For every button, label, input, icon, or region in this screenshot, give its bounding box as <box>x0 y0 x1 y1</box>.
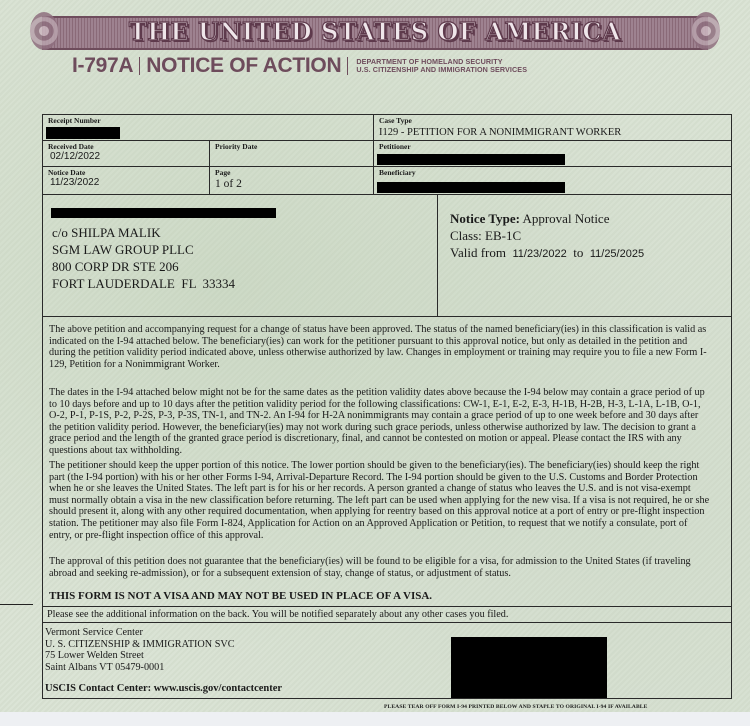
validity-period: Valid from 11/23/2022 to 11/25/2025 <box>450 244 644 263</box>
valid-to-date: 11/25/2025 <box>590 248 644 260</box>
service-center-line-4: Saint Albans VT 05479-0001 <box>45 662 235 674</box>
valid-to-label: to <box>573 245 583 260</box>
banner-title: THE UNITED STATES OF AMERICA <box>30 17 720 46</box>
notice-title: NOTICE OF ACTION <box>146 54 341 78</box>
notice-type-value: Approval Notice <box>522 211 609 226</box>
notice-type-label: Notice Type: <box>450 211 520 226</box>
address-line-3: 800 CORP DR STE 206 <box>52 258 235 275</box>
redacted-barcode <box>451 637 607 698</box>
class: Class: EB-1C <box>450 227 644 244</box>
form-id: I-797A <box>72 54 133 78</box>
petitioner-cell: Petitioner <box>373 140 732 167</box>
redacted-petitioner <box>377 154 565 165</box>
receipt-number-cell: Receipt Number <box>42 114 374 141</box>
address-divider <box>42 316 732 317</box>
valid-from-date: 11/23/2022 <box>512 248 566 260</box>
paragraph-i94-instructions: The petitioner should keep the upper por… <box>49 460 711 541</box>
paragraph-no-guarantee: The approval of this petition does not g… <box>49 556 711 579</box>
notice-date-cell: Notice Date 11/23/2022 <box>42 166 210 195</box>
notice-details: Notice Type: Approval Notice Class: EB-1… <box>450 210 644 263</box>
paragraph-grace-period: The dates in the I-94 attached below mig… <box>49 387 711 457</box>
redacted-receipt-number <box>46 127 120 139</box>
service-center-line-1: Vermont Service Center <box>45 627 235 639</box>
beneficiary-cell: Beneficiary <box>373 166 732 195</box>
case-type-label: Case Type <box>379 116 412 125</box>
department-name: DEPARTMENT OF HOMELAND SECURITY U.S. CIT… <box>356 58 527 74</box>
case-type-value: I129 - PETITION FOR A NONIMMIGRANT WORKE… <box>379 127 621 138</box>
received-date-label: Received Date <box>48 142 94 151</box>
notice-type: Notice Type: Approval Notice <box>450 210 644 227</box>
divider <box>347 57 348 75</box>
redacted-beneficiary <box>377 182 565 193</box>
priority-date-cell: Priority Date <box>209 140 374 167</box>
paragraph-approval: The above petition and accompanying requ… <box>49 324 711 370</box>
page-value: 1 of 2 <box>215 178 242 190</box>
contact-center-link[interactable]: USCIS Contact Center: www.uscis.gov/cont… <box>45 683 282 694</box>
see-back-note: Please see the additional information on… <box>47 609 508 620</box>
not-a-visa-warning: THIS FORM IS NOT A VISA AND MAY NOT BE U… <box>49 590 432 602</box>
notice-date-value: 11/23/2022 <box>50 177 99 188</box>
service-center-line-2: U. S. CITIZENSHIP & IMMIGRATION SVC <box>45 639 235 651</box>
dept-line-2: U.S. CITIZENSHIP AND IMMIGRATION SERVICE… <box>356 65 527 74</box>
address-line-1: c/o SHILPA MALIK <box>52 224 235 241</box>
case-type-cell: Case Type I129 - PETITION FOR A NONIMMIG… <box>373 114 732 141</box>
page-label: Page <box>215 168 230 177</box>
receipt-number-label: Receipt Number <box>48 116 101 125</box>
petitioner-label: Petitioner <box>379 142 411 151</box>
header-line: I-797A NOTICE OF ACTION DEPARTMENT OF HO… <box>72 53 527 79</box>
divider <box>139 57 140 75</box>
priority-date-label: Priority Date <box>215 142 257 151</box>
received-date-cell: Received Date 02/12/2022 <box>42 140 210 167</box>
valid-from-label: Valid from <box>450 245 506 260</box>
fold-mark <box>0 604 33 605</box>
address-line-2: SGM LAW GROUP PLLC <box>52 241 235 258</box>
page-cell: Page 1 of 2 <box>209 166 374 195</box>
service-center-address: Vermont Service Center U. S. CITIZENSHIP… <box>45 627 235 673</box>
tear-off-instruction: PLEASE TEAR OFF FORM I-94 PRINTED BELOW … <box>384 704 647 710</box>
received-date-value: 02/12/2022 <box>50 151 100 162</box>
banner: THE UNITED STATES OF AMERICA <box>30 12 720 50</box>
notice-date-label: Notice Date <box>48 168 85 177</box>
redacted-addressee <box>51 208 276 218</box>
beneficiary-label: Beneficiary <box>379 168 416 177</box>
class-label: Class: <box>450 228 482 243</box>
class-value: EB-1C <box>485 228 521 243</box>
service-center-line-3: 75 Lower Welden Street <box>45 650 235 662</box>
address-line-4: FORT LAUDERDALE FL 33334 <box>52 275 235 292</box>
notice-document: THE UNITED STATES OF AMERICA I-797A NOTI… <box>0 0 750 712</box>
mailing-address: c/o SHILPA MALIK SGM LAW GROUP PLLC 800 … <box>52 224 235 292</box>
